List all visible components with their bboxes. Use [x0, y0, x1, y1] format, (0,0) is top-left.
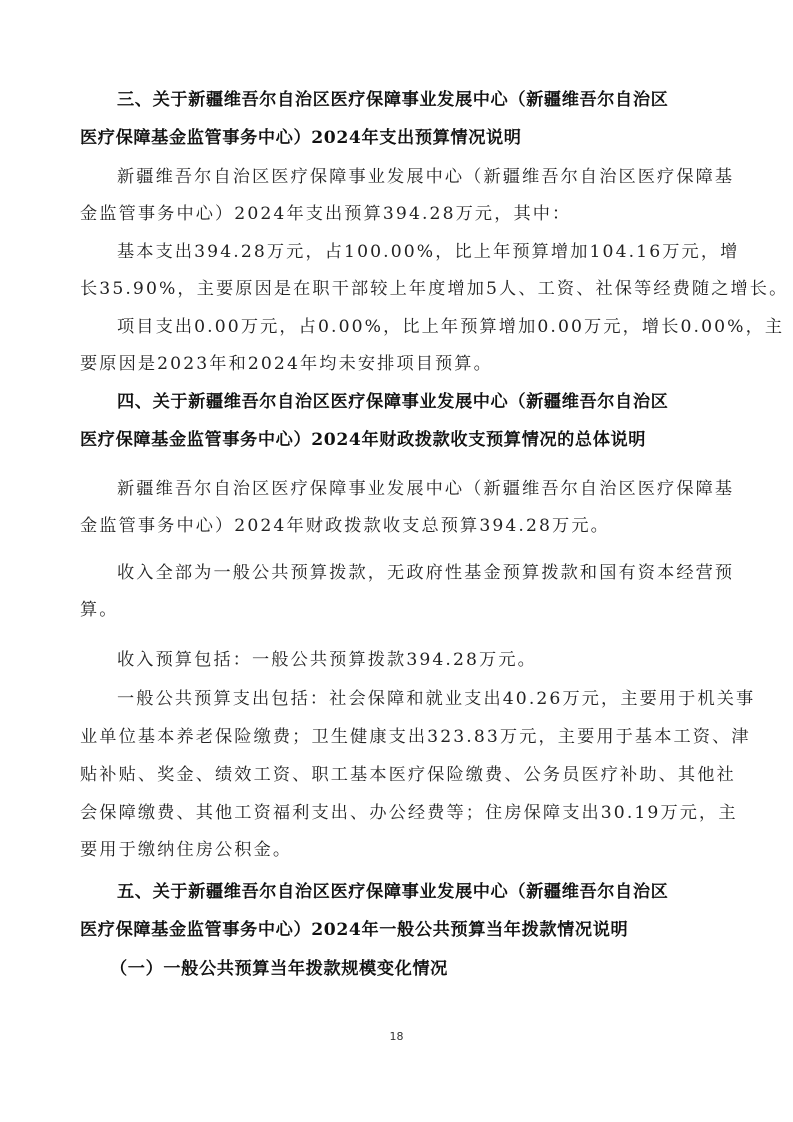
paragraph-line: 业单位基本养老保险缴费；卫生健康支出323.83万元，主要用于基本工资、津	[80, 725, 751, 749]
paragraph-line: 金监管事务中心）2024年支出预算394.28万元，其中：	[80, 202, 571, 226]
paragraph-line: 要原因是2023年和2024年均未安排项目预算。	[80, 352, 493, 376]
heading-line: 医疗保障基金监管事务中心）2024年一般公共预算当年拨款情况说明	[80, 918, 628, 942]
paragraph-line: 新疆维吾尔自治区医疗保障事业发展中心（新疆维吾尔自治区医疗保障基	[117, 477, 734, 501]
paragraph-line: 要用于缴纳住房公积金。	[80, 838, 292, 862]
paragraph-line: 金监管事务中心）2024年财政拨款收支总预算394.28万元。	[80, 514, 610, 538]
heading-line: 三、关于新疆维吾尔自治区医疗保障事业发展中心（新疆维吾尔自治区	[117, 88, 668, 112]
heading-line: 五、关于新疆维吾尔自治区医疗保障事业发展中心（新疆维吾尔自治区	[117, 880, 668, 904]
subheading: （一）一般公共预算当年拨款规模变化情况	[110, 957, 448, 981]
paragraph-line: 算。	[80, 598, 119, 622]
paragraph-line: 会保障缴费、其他工资福利支出、办公经费等；住房保障支出30.19万元，主	[80, 801, 738, 825]
paragraph-line: 收入预算包括：一般公共预算拨款394.28万元。	[117, 648, 537, 672]
heading-line: 四、关于新疆维吾尔自治区医疗保障事业发展中心（新疆维吾尔自治区	[117, 390, 668, 414]
heading-line: 医疗保障基金监管事务中心）2024年支出预算情况说明	[80, 126, 522, 150]
page-number: 18	[0, 1030, 793, 1043]
paragraph-line: 基本支出394.28万元，占100.00%，比上年预算增加104.16万元，增	[117, 240, 739, 264]
paragraph-line: 一般公共预算支出包括：社会保障和就业支出40.26万元，主要用于机关事	[117, 687, 755, 711]
paragraph-line: 贴补贴、奖金、绩效工资、职工基本医疗保险缴费、公务员医疗补助、其他社	[80, 763, 736, 787]
paragraph-line: 新疆维吾尔自治区医疗保障事业发展中心（新疆维吾尔自治区医疗保障基	[117, 165, 734, 189]
heading-line: 医疗保障基金监管事务中心）2024年财政拨款收支预算情况的总体说明	[80, 428, 646, 452]
paragraph-line: 项目支出0.00万元，占0.00%，比上年预算增加0.00万元，增长0.00%，…	[117, 315, 784, 339]
paragraph-line: 长35.90%，主要原因是在职干部较上年度增加5人、工资、社保等经费随之增长。	[80, 277, 788, 301]
paragraph-line: 收入全部为一般公共预算拨款，无政府性基金预算拨款和国有资本经营预	[117, 561, 734, 585]
